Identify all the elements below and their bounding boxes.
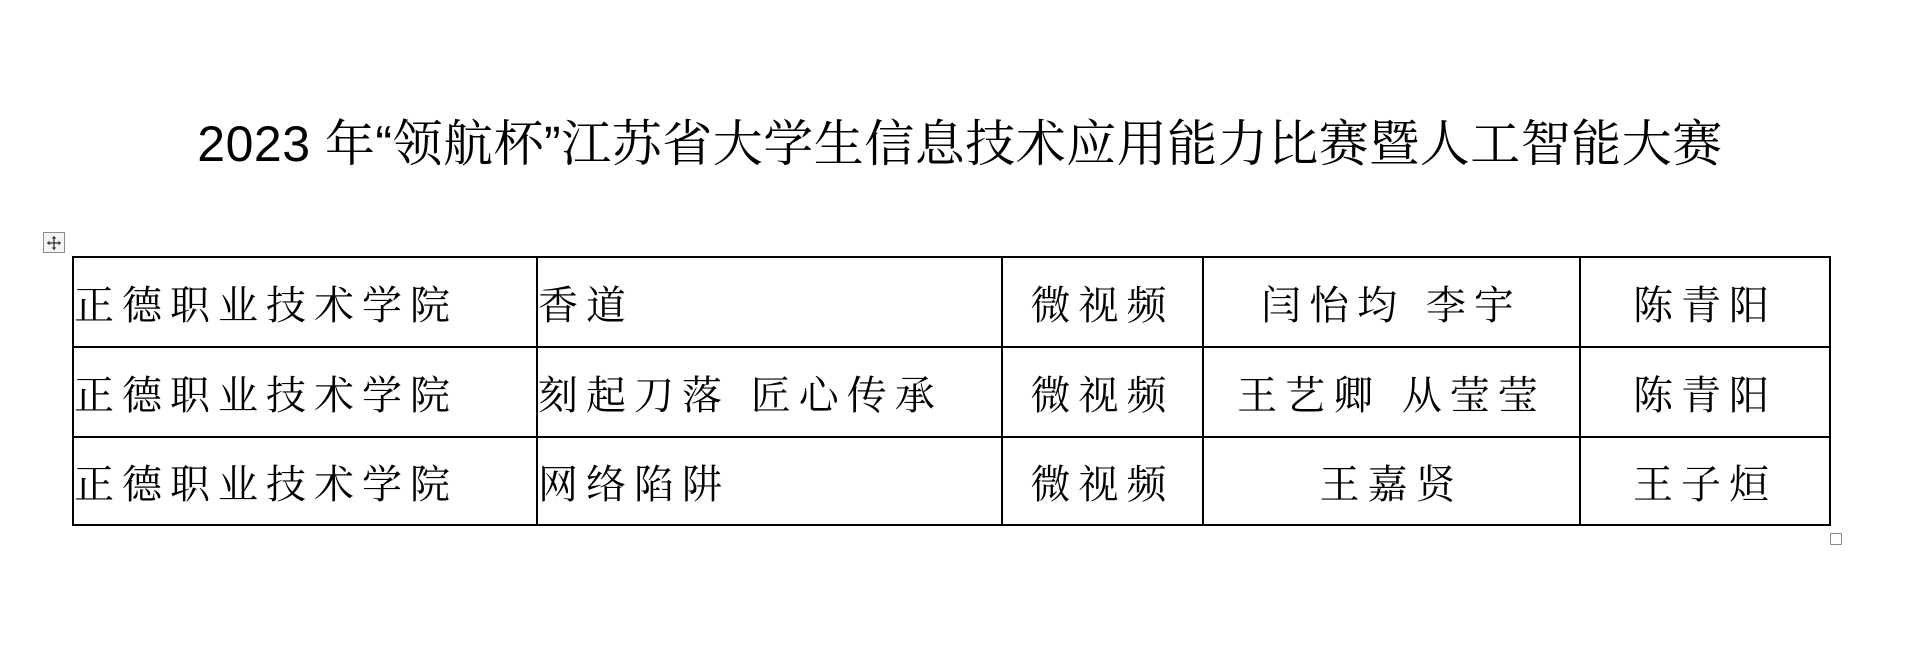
- work-title-cell[interactable]: 刻起刀落 匠心传承: [537, 347, 1002, 437]
- category-cell[interactable]: 微视频: [1002, 257, 1203, 347]
- authors-cell[interactable]: 王嘉贤: [1203, 437, 1580, 525]
- advisor-cell[interactable]: 王子烜: [1580, 437, 1830, 525]
- award-table: 正德职业技术学院 香道 微视频 闫怡均 李宇 陈青阳 正德职业技术学院 刻起刀落…: [72, 256, 1831, 526]
- table-move-handle[interactable]: [43, 232, 65, 253]
- advisor-cell[interactable]: 陈青阳: [1580, 347, 1830, 437]
- school-cell[interactable]: 正德职业技术学院: [73, 437, 537, 525]
- table-row: 正德职业技术学院 网络陷阱 微视频 王嘉贤 王子烜: [73, 437, 1830, 525]
- move-arrows-icon: [46, 235, 62, 251]
- category-cell[interactable]: 微视频: [1002, 347, 1203, 437]
- table-row: 正德职业技术学院 香道 微视频 闫怡均 李宇 陈青阳: [73, 257, 1830, 347]
- document-title: 2023 年“领航杯”江苏省大学生信息技术应用能力比赛暨人工智能大赛: [0, 112, 1920, 176]
- authors-cell[interactable]: 王艺卿 从莹莹: [1203, 347, 1580, 437]
- table-row: 正德职业技术学院 刻起刀落 匠心传承 微视频 王艺卿 从莹莹 陈青阳: [73, 347, 1830, 437]
- table-resize-handle[interactable]: [1830, 533, 1842, 545]
- school-cell[interactable]: 正德职业技术学院: [73, 257, 537, 347]
- work-title-cell[interactable]: 网络陷阱: [537, 437, 1002, 525]
- category-cell[interactable]: 微视频: [1002, 437, 1203, 525]
- school-cell[interactable]: 正德职业技术学院: [73, 347, 537, 437]
- work-title-cell[interactable]: 香道: [537, 257, 1002, 347]
- authors-cell[interactable]: 闫怡均 李宇: [1203, 257, 1580, 347]
- advisor-cell[interactable]: 陈青阳: [1580, 257, 1830, 347]
